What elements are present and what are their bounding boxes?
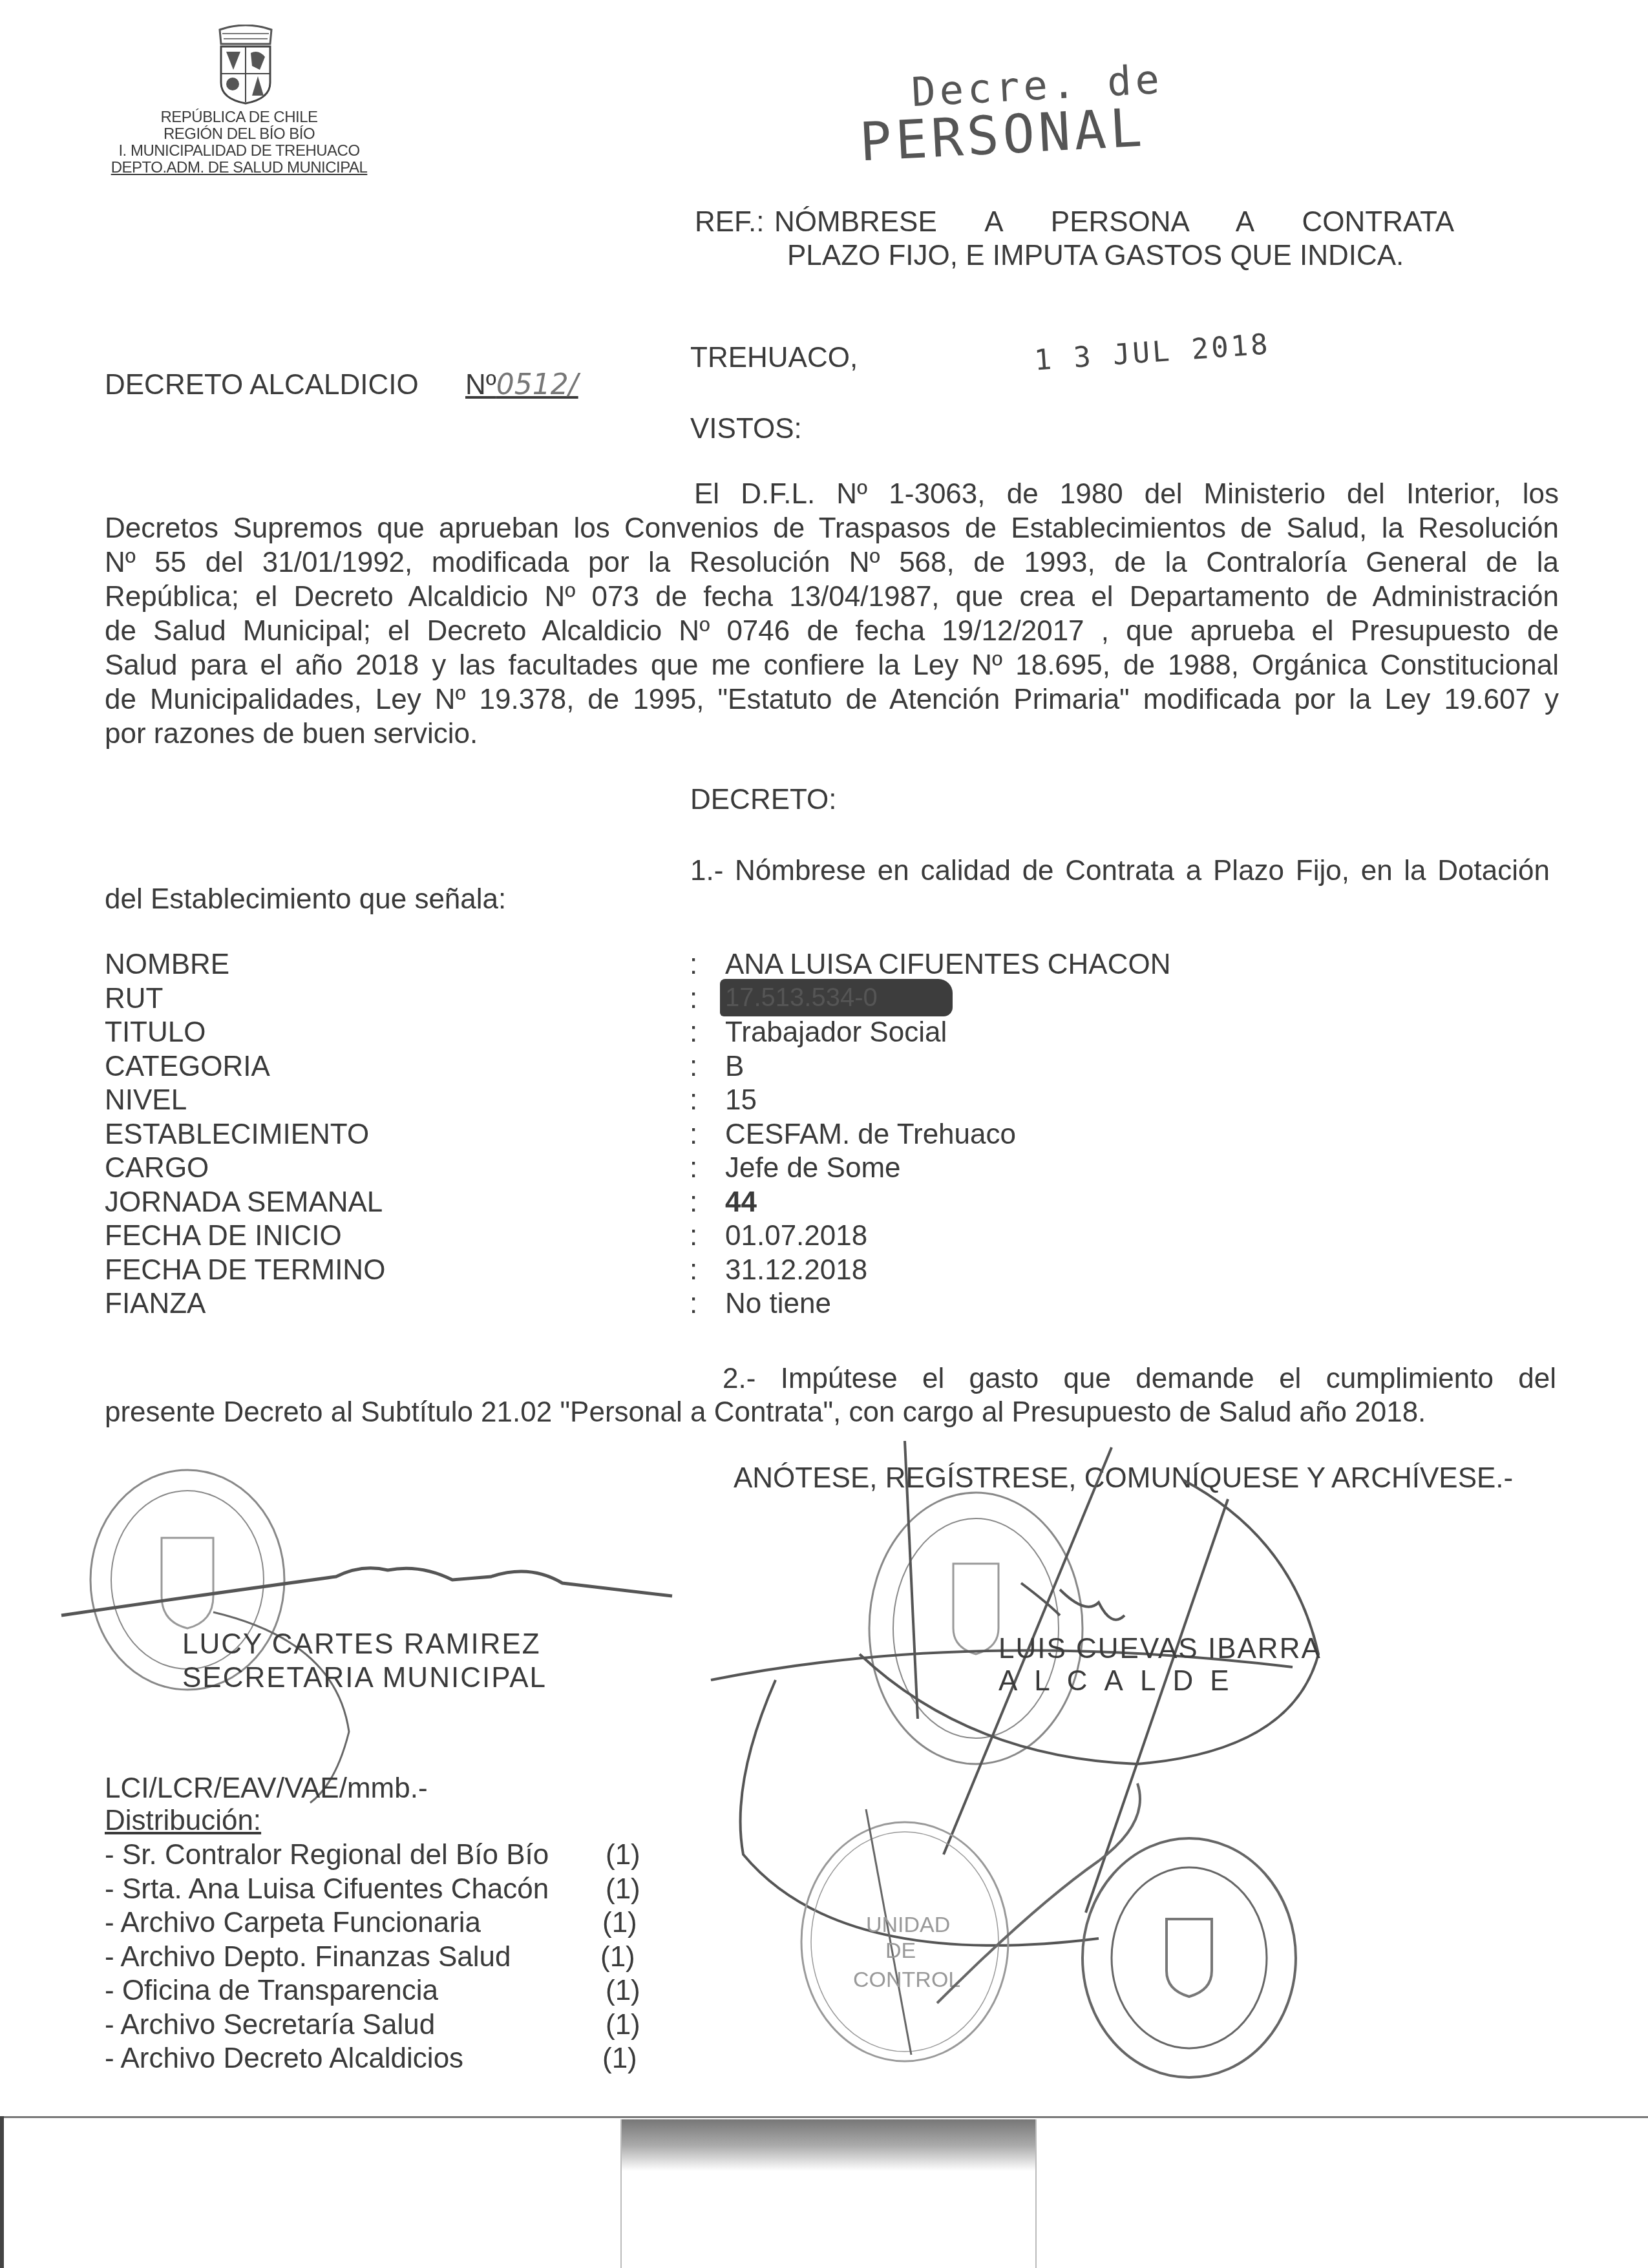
closing-formula: ANÓTESE, REGÍSTRESE, COMUNÍQUESE Y ARCHÍ… — [734, 1462, 1513, 1495]
reference-line2: PLAZO FIJO, E IMPUTA GASTOS QUE INDICA. — [787, 239, 1404, 273]
field-separator: : — [690, 1118, 697, 1151]
date-stamp: 1 3 JUL 2018 — [1033, 328, 1272, 377]
redacted-value: 17.513.534-0 — [720, 979, 953, 1016]
decree-number-handwritten: 0512/ — [496, 368, 578, 401]
vistos-line: República; el Decreto Alcaldicio Nº 073 … — [105, 580, 1559, 614]
field-label: RUT — [105, 983, 163, 1015]
field-value: B — [725, 1051, 744, 1083]
field-separator: : — [690, 1220, 697, 1252]
distribution-count: (1) — [606, 1873, 640, 1906]
secretary-title: SECRETARIA MUNICIPAL — [182, 1662, 547, 1694]
field-row: FECHA DE TERMINO:31.12.2018 — [105, 1254, 1527, 1288]
field-row: FECHA DE INICIO:01.07.2018 — [105, 1220, 1527, 1254]
field-label: FECHA DE TERMINO — [105, 1254, 385, 1286]
distribution-item: - Archivo Decreto Alcaldicios(1) — [105, 2042, 654, 2075]
svg-text:DE: DE — [885, 1938, 916, 1963]
distribution-count: (1) — [602, 2042, 637, 2075]
field-label: CATEGORIA — [105, 1051, 270, 1083]
svg-text:CONTROL: CONTROL — [853, 1968, 960, 1992]
field-row: CARGO:Jefe de Some — [105, 1152, 1527, 1186]
field-separator: : — [690, 949, 697, 981]
field-value: Jefe de Some — [725, 1152, 901, 1184]
secretary-name: LUCY CARTES RAMIREZ — [182, 1628, 541, 1661]
field-value: Trabajador Social — [725, 1016, 947, 1049]
mayor-name: LUIS CUEVAS IBARRA — [998, 1633, 1322, 1665]
distribution-item: - Archivo Carpeta Funcionaria(1) — [105, 1906, 654, 1940]
control-seal-icon — [801, 1809, 1008, 2061]
distribution-label: Distribución: — [105, 1804, 261, 1838]
field-label: ESTABLECIMIENTO — [105, 1118, 369, 1151]
coat-of-arms-icon — [213, 25, 278, 105]
mayor-title: ALCALDE — [998, 1665, 1246, 1697]
distribution-recipient: - Archivo Depto. Finanzas Salud — [105, 1941, 511, 1973]
field-separator: : — [690, 1152, 697, 1184]
field-row: RUT:17.513.534-0 — [105, 983, 1527, 1016]
field-row: TITULO:Trabajador Social — [105, 1016, 1527, 1050]
field-label: FECHA DE INICIO — [105, 1220, 342, 1252]
vistos-label: VISTOS: — [690, 412, 802, 446]
distribution-count: (1) — [606, 2008, 640, 2042]
decree-number-prefix: Nº — [465, 369, 496, 401]
mayor-seal-icon — [869, 1493, 1083, 1764]
initials: LCI/LCR/EAV/VAE/mmb.- — [105, 1772, 428, 1805]
field-value: ANA LUISA CIFUENTES CHACON — [725, 949, 1170, 981]
distribution-item: - Oficina de Transparencia(1) — [105, 1974, 654, 2008]
distribution-recipient: - Archivo Carpeta Funcionaria — [105, 1907, 481, 1938]
field-row: JORNADA SEMANAL:44 — [105, 1186, 1527, 1220]
article1-line1: 1.- Nómbrese en calidad de Contrata a Pl… — [690, 854, 1550, 888]
vistos-line: de Salud Municipal; el Decreto Alcaldici… — [105, 614, 1559, 648]
scan-edge-left — [0, 2116, 4, 2268]
distribution-item: - Sr. Contralor Regional del Bío Bío(1) — [105, 1838, 654, 1872]
vistos-line: Decretos Supremos que aprueban los Conve… — [105, 511, 1559, 545]
field-row: CATEGORIA:B — [105, 1051, 1527, 1084]
field-value: 01.07.2018 — [725, 1220, 867, 1252]
stamp-title-line2: PERSONAL — [858, 97, 1147, 173]
vistos-line: Nº 55 del 31/01/1992, modificada por la … — [105, 545, 1559, 580]
decree-number: Nº0512/ — [465, 368, 578, 402]
field-row: NOMBRE:ANA LUISA CIFUENTES CHACON — [105, 949, 1527, 982]
field-label: NOMBRE — [105, 949, 229, 981]
field-row: NIVEL:15 — [105, 1084, 1527, 1118]
distribution-recipient: - Srta. Ana Luisa Cifuentes Chacón — [105, 1873, 549, 1905]
distribution-count: (1) — [606, 1974, 640, 2008]
field-row: ESTABLECIMIENTO:CESFAM. de Trehuaco — [105, 1118, 1527, 1152]
vistos-paragraph: El D.F.L. Nº 1-3063, de 1980 del Ministe… — [105, 477, 1559, 751]
field-label: CARGO — [105, 1152, 209, 1184]
letterhead-municipality: I. MUNICIPALIDAD DE TREHUACO — [0, 142, 478, 160]
field-label: NIVEL — [105, 1084, 187, 1117]
distribution-recipient: - Archivo Secretaría Salud — [105, 2009, 435, 2041]
distribution-recipient: - Archivo Decreto Alcaldicios — [105, 2042, 463, 2074]
field-value: 15 — [725, 1084, 757, 1117]
letterhead-region: REGIÓN DEL BÍO BÍO — [0, 125, 478, 143]
distribution-item: - Archivo Depto. Finanzas Salud(1) — [105, 1940, 654, 1974]
article2-line1: 2.- Impútese el gasto que demande el cum… — [723, 1362, 1556, 1396]
distribution-recipient: - Sr. Contralor Regional del Bío Bío — [105, 1839, 549, 1871]
field-label: FIANZA — [105, 1288, 206, 1320]
field-separator: : — [690, 1186, 697, 1219]
control-seal-text: UNIDAD — [866, 1913, 950, 1937]
field-value: 31.12.2018 — [725, 1254, 867, 1286]
field-value: CESFAM. de Trehuaco — [725, 1118, 1016, 1151]
vistos-line: por razones de buen servicio. — [105, 717, 1559, 751]
article2-line2: presente Decreto al Subtítulo 21.02 "Per… — [105, 1396, 1426, 1429]
field-separator: : — [690, 1051, 697, 1083]
field-separator: : — [690, 1254, 697, 1286]
vistos-line: Salud para el año 2018 y las facultades … — [105, 648, 1559, 682]
reference-label: REF.: — [695, 205, 765, 239]
distribution-item: - Archivo Secretaría Salud(1) — [105, 2008, 654, 2042]
field-separator: : — [690, 1084, 697, 1117]
vistos-line: El D.F.L. Nº 1-3063, de 1980 del Ministe… — [694, 477, 1559, 511]
distribution-count: (1) — [600, 1940, 635, 1974]
field-value: 44 — [725, 1186, 757, 1219]
decreto-label: DECRETO: — [690, 783, 837, 817]
letterhead-department: DEPTO.ADM. DE SALUD MUNICIPAL — [0, 159, 478, 177]
letterhead-country: REPÚBLICA DE CHILE — [0, 109, 478, 127]
field-separator: : — [690, 1016, 697, 1049]
vistos-line: de Municipalidades, Ley Nº 19.378, de 19… — [105, 682, 1559, 717]
article1-line2: del Establecimiento que señala: — [105, 883, 506, 916]
field-value: No tiene — [725, 1288, 831, 1320]
scanner-tab — [620, 2119, 1037, 2268]
field-separator: : — [690, 983, 697, 1015]
place: TREHUACO, — [690, 341, 858, 375]
distribution-item: - Srta. Ana Luisa Cifuentes Chacón(1) — [105, 1873, 654, 1906]
field-label: TITULO — [105, 1016, 206, 1049]
decree-label: DECRETO ALCALDICIO — [105, 368, 419, 402]
distribution-count: (1) — [602, 1906, 637, 1940]
distribution-recipient: - Oficina de Transparencia — [105, 1975, 438, 2006]
field-row: FIANZA:No tiene — [105, 1288, 1527, 1321]
reference-line1: NÓMBRESE A PERSONA A CONTRATA — [774, 205, 1454, 239]
legal-seal-icon — [937, 1783, 1296, 2077]
distribution-count: (1) — [606, 1838, 640, 1872]
field-separator: : — [690, 1288, 697, 1320]
field-label: JORNADA SEMANAL — [105, 1186, 383, 1219]
